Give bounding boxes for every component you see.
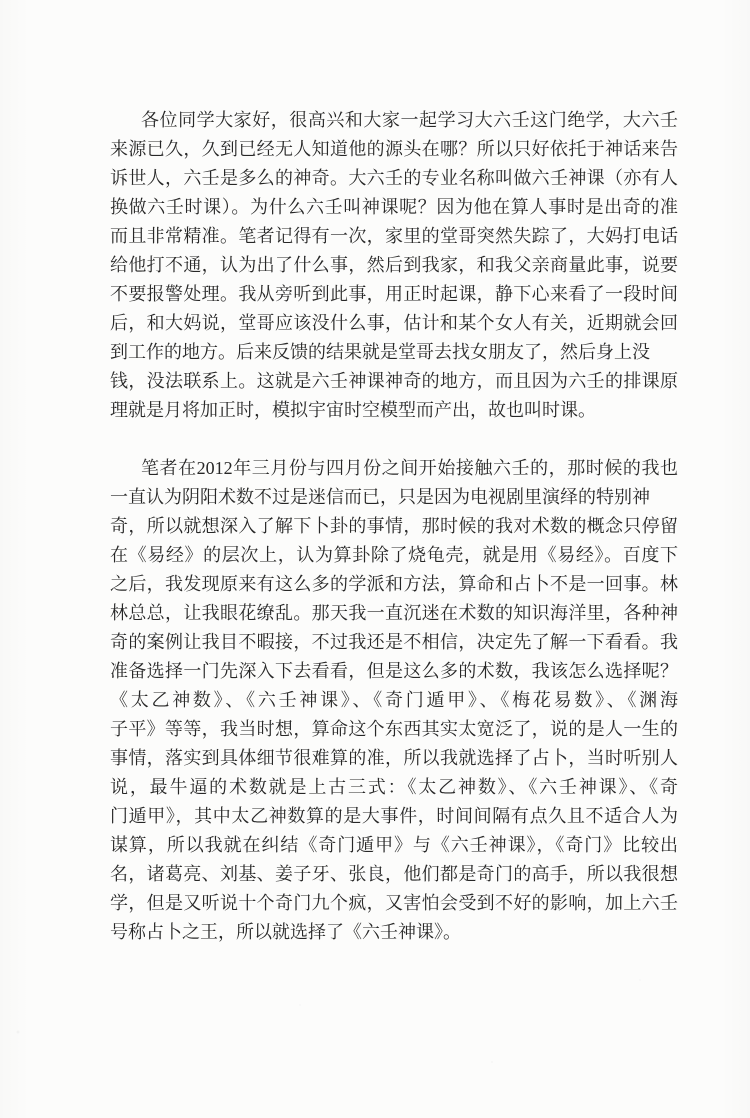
text-line: 号称占卜之王，所以就选择了《六壬神课》。 <box>110 918 678 947</box>
text-line: 笔者在2012年三月份与四月份之间开始接触六壬的，那时候的我也 <box>110 454 678 483</box>
text-line: 诉世人，六壬是多么的神奇。大六壬的专业名称叫做六壬神课（亦有人 <box>110 164 678 193</box>
text-line: 准备选择一门先深入下去看看，但是这么多的术数，我该怎么选择呢？ <box>110 657 678 686</box>
text-line: 给他打不通，认为出了什么事，然后到我家，和我父亲商量此事，说要 <box>110 251 678 280</box>
text-line: 名，诸葛亮、刘基、姜子牙、张良，他们都是奇门的高手，所以我很想 <box>110 860 678 889</box>
text-line: 在《易经》的层次上，认为算卦除了烧龟壳，就是用《易经》。百度下 <box>110 541 678 570</box>
text-line: 《太乙神数》、《六壬神课》、《奇门遁甲》、《梅花易数》、《渊海 <box>110 686 678 715</box>
text-line: 说，最牛逼的术数就是上古三式：《太乙神数》、《六壬神课》、《奇 <box>110 773 678 802</box>
paragraph-author-story: 笔者在2012年三月份与四月份之间开始接触六壬的，那时候的我也 一直认为阴阳术数… <box>110 454 678 947</box>
text-line: 奇，所以就想深入了解下卜卦的事情，那时候的我对术数的概念只停留 <box>110 512 678 541</box>
text-line: 奇的案例让我目不暇接，不过我还是不相信，决定先了解一下看看。我 <box>110 628 678 657</box>
text-line: 门遁甲》，其中太乙神数算的是大事件，时间间隔有点久且不适合人为 <box>110 802 678 831</box>
text-line: 谋算，所以我就在纠结《奇门遁甲》与《六壬神课》，《奇门》比较出 <box>110 831 678 860</box>
text-line: 事情，落实到具体细节很难算的准，所以我就选择了占卜，当时听别人 <box>110 744 678 773</box>
text-line: 之后，我发现原来有这么多的学派和方法，算命和占卜不是一回事。林 <box>110 570 678 599</box>
text-line: 钱，没法联系上。这就是六壬神课神奇的地方，而且因为六壬的排课原 <box>110 367 678 396</box>
paragraph-intro-liuren: 各位同学大家好，很高兴和大家一起学习大六壬这门绝学，大六壬 来源已久，久到已经无… <box>110 106 678 425</box>
text-line: 子平》等等，我当时想，算命这个东西其实太宽泛了，说的是人一生的 <box>110 715 678 744</box>
text-line: 后，和大妈说，堂哥应该没什么事，估计和某个女人有关，近期就会回 <box>110 309 678 338</box>
text-line: 到工作的地方。后来反馈的结果就是堂哥去找女朋友了，然后身上没 <box>110 338 678 367</box>
text-line: 理就是月将加正时，模拟宇宙时空模型而产出，故也叫时课。 <box>110 396 678 425</box>
text-line: 而且非常精准。笔者记得有一次，家里的堂哥突然失踪了，大妈打电话 <box>110 222 678 251</box>
text-line: 一直认为阴阳术数不过是迷信而已，只是因为电视剧里演绎的特别神 <box>110 483 678 512</box>
text-line: 不要报警处理。我从旁听到此事，用正时起课，静下心来看了一段时间 <box>110 280 678 309</box>
text-line: 换做六壬时课）。为什么六壬叫神课呢？因为他在算人事时是出奇的准 <box>110 193 678 222</box>
text-line: 林总总，让我眼花缭乱。那天我一直沉迷在术数的知识海洋里，各种神 <box>110 599 678 628</box>
scanned-page: 各位同学大家好，很高兴和大家一起学习大六壬这门绝学，大六壬 来源已久，久到已经无… <box>0 0 750 1118</box>
text-line: 学，但是又听说十个奇门九个疯，又害怕会受到不好的影响，加上六壬 <box>110 889 678 918</box>
text-line: 各位同学大家好，很高兴和大家一起学习大六壬这门绝学，大六壬 <box>110 106 678 135</box>
text-line: 来源已久，久到已经无人知道他的源头在哪？所以只好依托于神话来告 <box>110 135 678 164</box>
document-text: 各位同学大家好，很高兴和大家一起学习大六壬这门绝学，大六壬 来源已久，久到已经无… <box>110 106 678 947</box>
